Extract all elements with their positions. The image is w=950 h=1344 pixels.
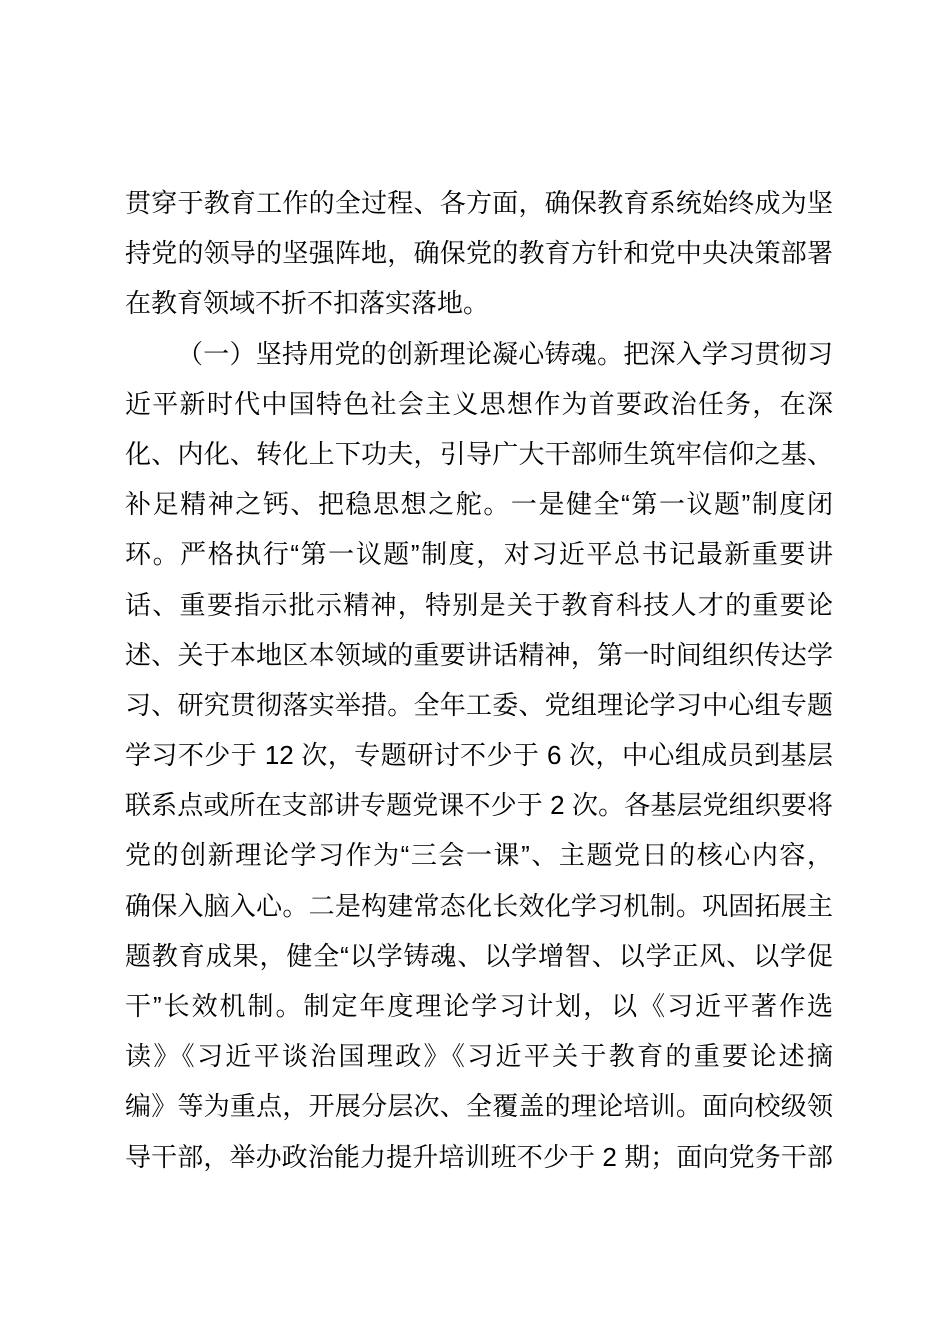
- text-line: 话、重要指示批示精神，特别是关于教育科技人才的重要论: [125, 580, 833, 630]
- text-line: 题教育成果，健全“以学铸魂、以学增智、以学正风、以学促: [125, 931, 833, 981]
- text-line: 导干部，举办政治能力提升培训班不少于 2 期；面向党务干部: [125, 1132, 833, 1182]
- text-line: 持党的领导的坚强阵地，确保党的教育方针和党中央决策部署: [125, 228, 833, 278]
- text-line: 补足精神之钙、把稳思想之舵。一是健全“第一议题”制度闭: [125, 479, 833, 529]
- paragraph-section-one: （一）坚持用党的创新理论凝心铸魂。把深入学习贯彻习近平新时代中国特色社会主义思想…: [125, 329, 833, 1182]
- text-line: 干”长效机制。制定年度理论学习计划，以《习近平著作选: [125, 981, 833, 1031]
- text-line: 学习不少于 12 次，专题研讨不少于 6 次，中心组成员到基层: [125, 730, 833, 780]
- document-page: 贯穿于教育工作的全过程、各方面，确保教育系统始终成为坚持党的领导的坚强阵地，确保…: [0, 0, 950, 1344]
- text-line: 联系点或所在支部讲专题党课不少于 2 次。各基层党组织要将: [125, 780, 833, 830]
- text-line: 在教育领域不折不扣落实落地。: [125, 278, 833, 328]
- text-line: 编》等为重点，开展分层次、全覆盖的理论培训。面向校级领: [125, 1081, 833, 1131]
- text-line: 化、内化、转化上下功夫，引导广大干部师生筑牢信仰之基、: [125, 429, 833, 479]
- text-line: 述、关于本地区本领域的重要讲话精神，第一时间组织传达学: [125, 630, 833, 680]
- paragraph-continuation: 贯穿于教育工作的全过程、各方面，确保教育系统始终成为坚持党的领导的坚强阵地，确保…: [125, 178, 833, 329]
- text-line: 读》《习近平谈治国理政》《习近平关于教育的重要论述摘: [125, 1031, 833, 1081]
- text-line: 党的创新理论学习作为“三会一课”、主题党日的核心内容，: [125, 830, 833, 880]
- text-line: 习、研究贯彻落实举措。全年工委、党组理论学习中心组专题: [125, 680, 833, 730]
- text-line: 贯穿于教育工作的全过程、各方面，确保教育系统始终成为坚: [125, 178, 833, 228]
- text-line: 确保入脑入心。二是构建常态化长效化学习机制。巩固拓展主: [125, 881, 833, 931]
- document-body: 贯穿于教育工作的全过程、各方面，确保教育系统始终成为坚持党的领导的坚强阵地，确保…: [125, 178, 833, 1182]
- text-line: （一）坚持用党的创新理论凝心铸魂。把深入学习贯彻习: [125, 329, 833, 379]
- text-line: 近平新时代中国特色社会主义思想作为首要政治任务，在深: [125, 379, 833, 429]
- text-line: 环。严格执行“第一议题”制度，对习近平总书记最新重要讲: [125, 529, 833, 579]
